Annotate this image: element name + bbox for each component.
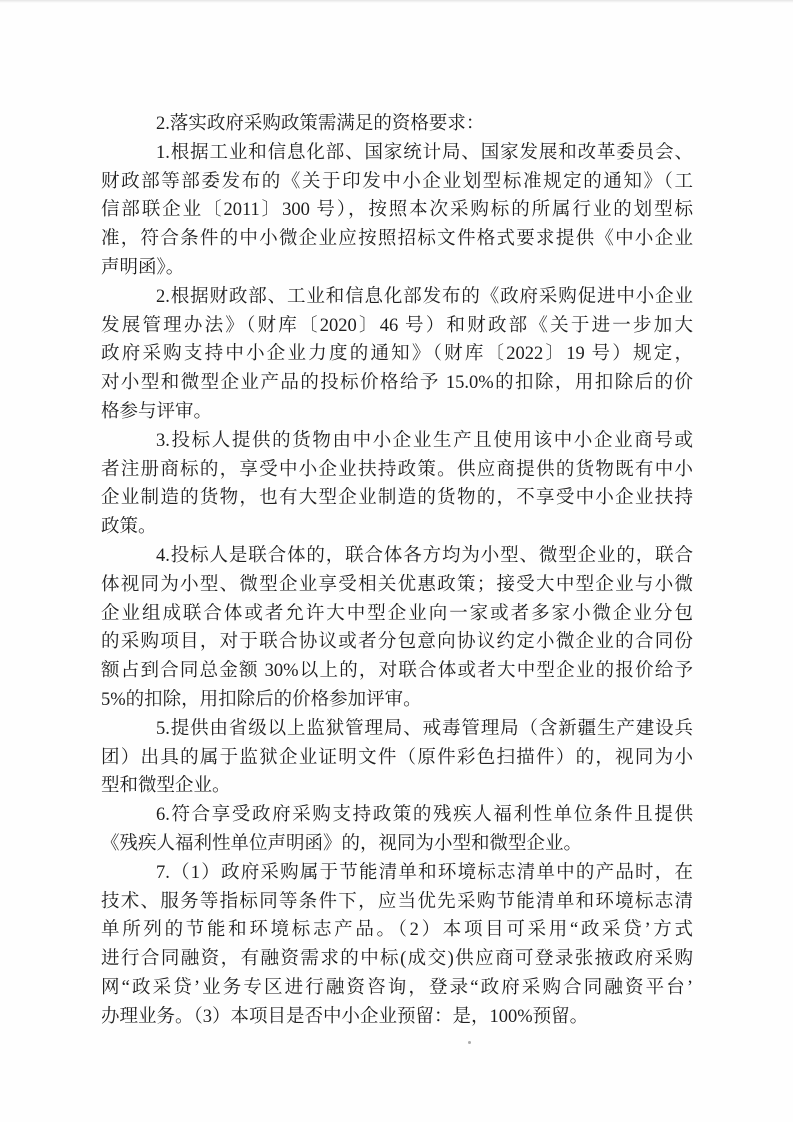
text-line: 7.（1）政府采购属于节能清单和环境标志清单中的产品时，在: [101, 859, 693, 888]
heading-line: 2.落实政府采购政策需满足的资格要求：: [101, 110, 693, 139]
text-line: 政策。: [101, 513, 693, 542]
item-7-energy-finance-reservation: 7.（1）政府采购属于节能清单和环境标志清单中的产品时，在 技术、服务等指标同等…: [101, 859, 693, 1032]
scan-edge-artifact: [0, 0, 793, 3]
text-line: 网“政采贷’业务专区进行融资咨询，登录“政府采购合同融资平台’: [101, 974, 693, 1003]
text-line: 单所列的节能和环境标志产品。（2）本项目可采用“政采贷’方式: [101, 916, 693, 945]
item-2-price-deduction: 2.根据财政部、工业和信息化部发布的《政府采购促进中小企业 发展管理办法》（财库…: [101, 283, 693, 427]
text-line: 发展管理办法》（财库〔2020〕46 号）和财政部《关于进一步加大: [101, 312, 693, 341]
text-line: 型和微型企业。: [101, 772, 693, 801]
text-line: 进行合同融资，有融资需求的中标(成交)供应商可登录张掖政府采购: [101, 945, 693, 974]
heading-qualification-requirements: 2.落实政府采购政策需满足的资格要求：: [101, 110, 693, 139]
text-line: 企业制造的货物，也有大型企业制造的货物的，不享受中小企业扶持: [101, 484, 693, 513]
text-line: 信部联企业〔2011〕300 号），按照本次采购标的所属行业的划型标: [101, 196, 693, 225]
text-line: 体视同为小型、微型企业享受相关优惠政策；接受大中型企业与小微: [101, 571, 693, 600]
item-4-consortium-policy: 4.投标人是联合体的，联合体各方均为小型、微型企业的，联合 体视同为小型、微型企…: [101, 542, 693, 715]
text-line: 5%的扣除，用扣除后的价格参加评审。: [101, 686, 693, 715]
scanned-document-page: 2.落实政府采购政策需满足的资格要求： 1.根据工业和信息化部、国家统计局、国家…: [0, 0, 793, 1122]
text-line: 财政部等部委发布的《关于印发中小企业划型标准规定的通知》（工: [101, 168, 693, 197]
text-line: 准，符合条件的中小微企业应按照招标文件格式要求提供《中小企业: [101, 225, 693, 254]
text-line: 格参与评审。: [101, 398, 693, 427]
text-line: 6.符合享受政府采购支持政策的残疾人福利性单位条件且提供: [101, 801, 693, 830]
text-line: 技术、服务等指标同等条件下，应当优先采购节能清单和环境标志清: [101, 888, 693, 917]
text-line: 办理业务。（3）本项目是否中小企业预留：是，100%预留。: [101, 1003, 693, 1032]
text-line: 企业组成联合体或者允许大中型企业向一家或者多家小微企业分包: [101, 600, 693, 629]
item-1-sme-classification: 1.根据工业和信息化部、国家统计局、国家发展和改革委员会、 财政部等部委发布的《…: [101, 139, 693, 283]
text-line: 对小型和微型企业产品的投标价格给予 15.0%的扣除，用扣除后的价: [101, 369, 693, 398]
text-line: 声明函》。: [101, 254, 693, 283]
text-line: 3.投标人提供的货物由中小企业生产且使用该中小企业商号或: [101, 427, 693, 456]
text-line: 政府采购支持中小企业力度的通知》（财库〔2022〕19 号）规定，: [101, 340, 693, 369]
scan-dot-artifact: [468, 1041, 471, 1044]
text-line: 的采购项目，对于联合协议或者分包意向协议约定小微企业的合同份: [101, 628, 693, 657]
item-3-goods-support-policy: 3.投标人提供的货物由中小企业生产且使用该中小企业商号或 者注册商标的，享受中小…: [101, 427, 693, 542]
text-line: 团）出具的属于监狱企业证明文件（原件彩色扫描件）的，视同为小: [101, 744, 693, 773]
item-5-prison-enterprise: 5.提供由省级以上监狱管理局、戒毒管理局（含新疆生产建设兵 团）出具的属于监狱企…: [101, 715, 693, 801]
text-line: 《残疾人福利性单位声明函》的，视同为小型和微型企业。: [101, 830, 693, 859]
text-line: 2.根据财政部、工业和信息化部发布的《政府采购促进中小企业: [101, 283, 693, 312]
text-line: 额占到合同总金额 30%以上的，对联合体或者大中型企业的报价给予: [101, 657, 693, 686]
document-text-block: 2.落实政府采购政策需满足的资格要求： 1.根据工业和信息化部、国家统计局、国家…: [101, 110, 693, 1032]
item-6-disabled-welfare-unit: 6.符合享受政府采购支持政策的残疾人福利性单位条件且提供 《残疾人福利性单位声明…: [101, 801, 693, 859]
text-line: 4.投标人是联合体的，联合体各方均为小型、微型企业的，联合: [101, 542, 693, 571]
text-line: 者注册商标的，享受中小企业扶持政策。供应商提供的货物既有中小: [101, 456, 693, 485]
text-line: 1.根据工业和信息化部、国家统计局、国家发展和改革委员会、: [101, 139, 693, 168]
text-line: 5.提供由省级以上监狱管理局、戒毒管理局（含新疆生产建设兵: [101, 715, 693, 744]
